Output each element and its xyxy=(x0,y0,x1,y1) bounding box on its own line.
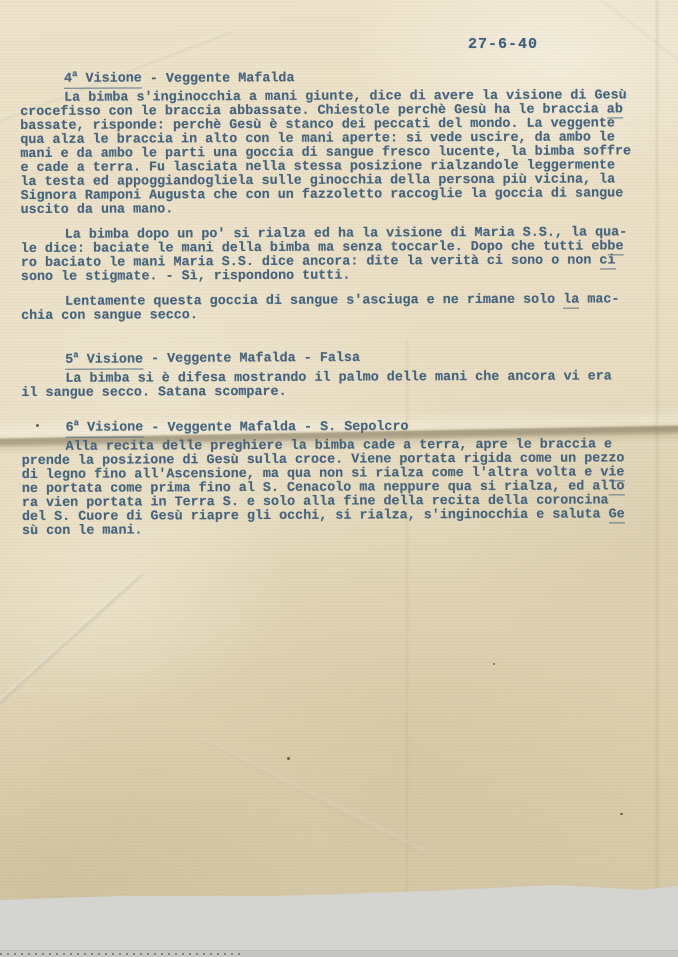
paper-crease-mid-left xyxy=(0,572,144,709)
text-line: chia con sangue secco. xyxy=(21,308,665,325)
text-line: uscito da una mano. xyxy=(21,202,665,219)
continuation-underline: lo xyxy=(608,480,624,496)
paragraph: Lentamente questa goccia di sangue s'asc… xyxy=(21,294,665,325)
heading-ordinal-superscript: a xyxy=(73,350,78,360)
heading-ordinal-superscript: a xyxy=(74,419,79,429)
paper-speck xyxy=(620,813,623,815)
document-text: 4a Visione - Veggente MafaldaLa bimba s'… xyxy=(20,65,666,539)
scanner-edge-strip xyxy=(0,950,678,957)
document-section: 6a Visione - Veggente Mafalda - S. Sepol… xyxy=(22,414,667,539)
heading-ordinal-superscript: a xyxy=(72,70,77,80)
section-heading-underlined: 5a Visione xyxy=(65,352,143,369)
section-heading-underlined: 6a Visione xyxy=(66,421,144,438)
text-line: sù con le mani. xyxy=(22,523,666,540)
continuation-underline: Ge xyxy=(609,508,625,524)
section-heading: 5a Visione - Veggente Mafalda - Falsa xyxy=(65,346,665,368)
continuation-underline: la xyxy=(563,293,579,309)
paragraph: La bimba si è difesa mostrando il palmo … xyxy=(21,370,665,401)
section-heading-underlined: 4a Visione xyxy=(64,72,142,89)
text-line: il sangue secco. Satana scompare. xyxy=(21,384,665,401)
document-section: 5a Visione - Veggente Mafalda - FalsaLa … xyxy=(21,346,665,401)
paragraph: La bimba dopo un po' si rialza ed ha la … xyxy=(21,227,665,286)
paragraph: Alla recita delle preghiere la bimba cad… xyxy=(22,439,666,540)
paper-speck xyxy=(493,663,495,665)
document-paper: 27-6-40 4a Visione - Veggente MafaldaLa … xyxy=(0,0,678,957)
section-heading: 6a Visione - Veggente Mafalda - S. Sepol… xyxy=(66,414,666,436)
paper-speck xyxy=(287,757,290,760)
section-heading: 4a Visione - Veggente Mafalda xyxy=(64,65,664,87)
paper-crease-bottom xyxy=(203,738,427,854)
text-line: sono le stigmate. - Sì, rispondono tutti… xyxy=(21,269,665,286)
continuation-underline: ci xyxy=(599,254,615,270)
document-section: 4a Visione - Veggente MafaldaLa bimba s'… xyxy=(20,65,665,324)
document-date: 27-6-40 xyxy=(468,36,538,53)
text-line: La bimba si è difesa mostrando il palmo … xyxy=(21,370,665,387)
scanner-background: 27-6-40 4a Visione - Veggente MafaldaLa … xyxy=(0,0,678,957)
paragraph: La bimba s'inginocchia a mani giunte, di… xyxy=(20,90,665,219)
